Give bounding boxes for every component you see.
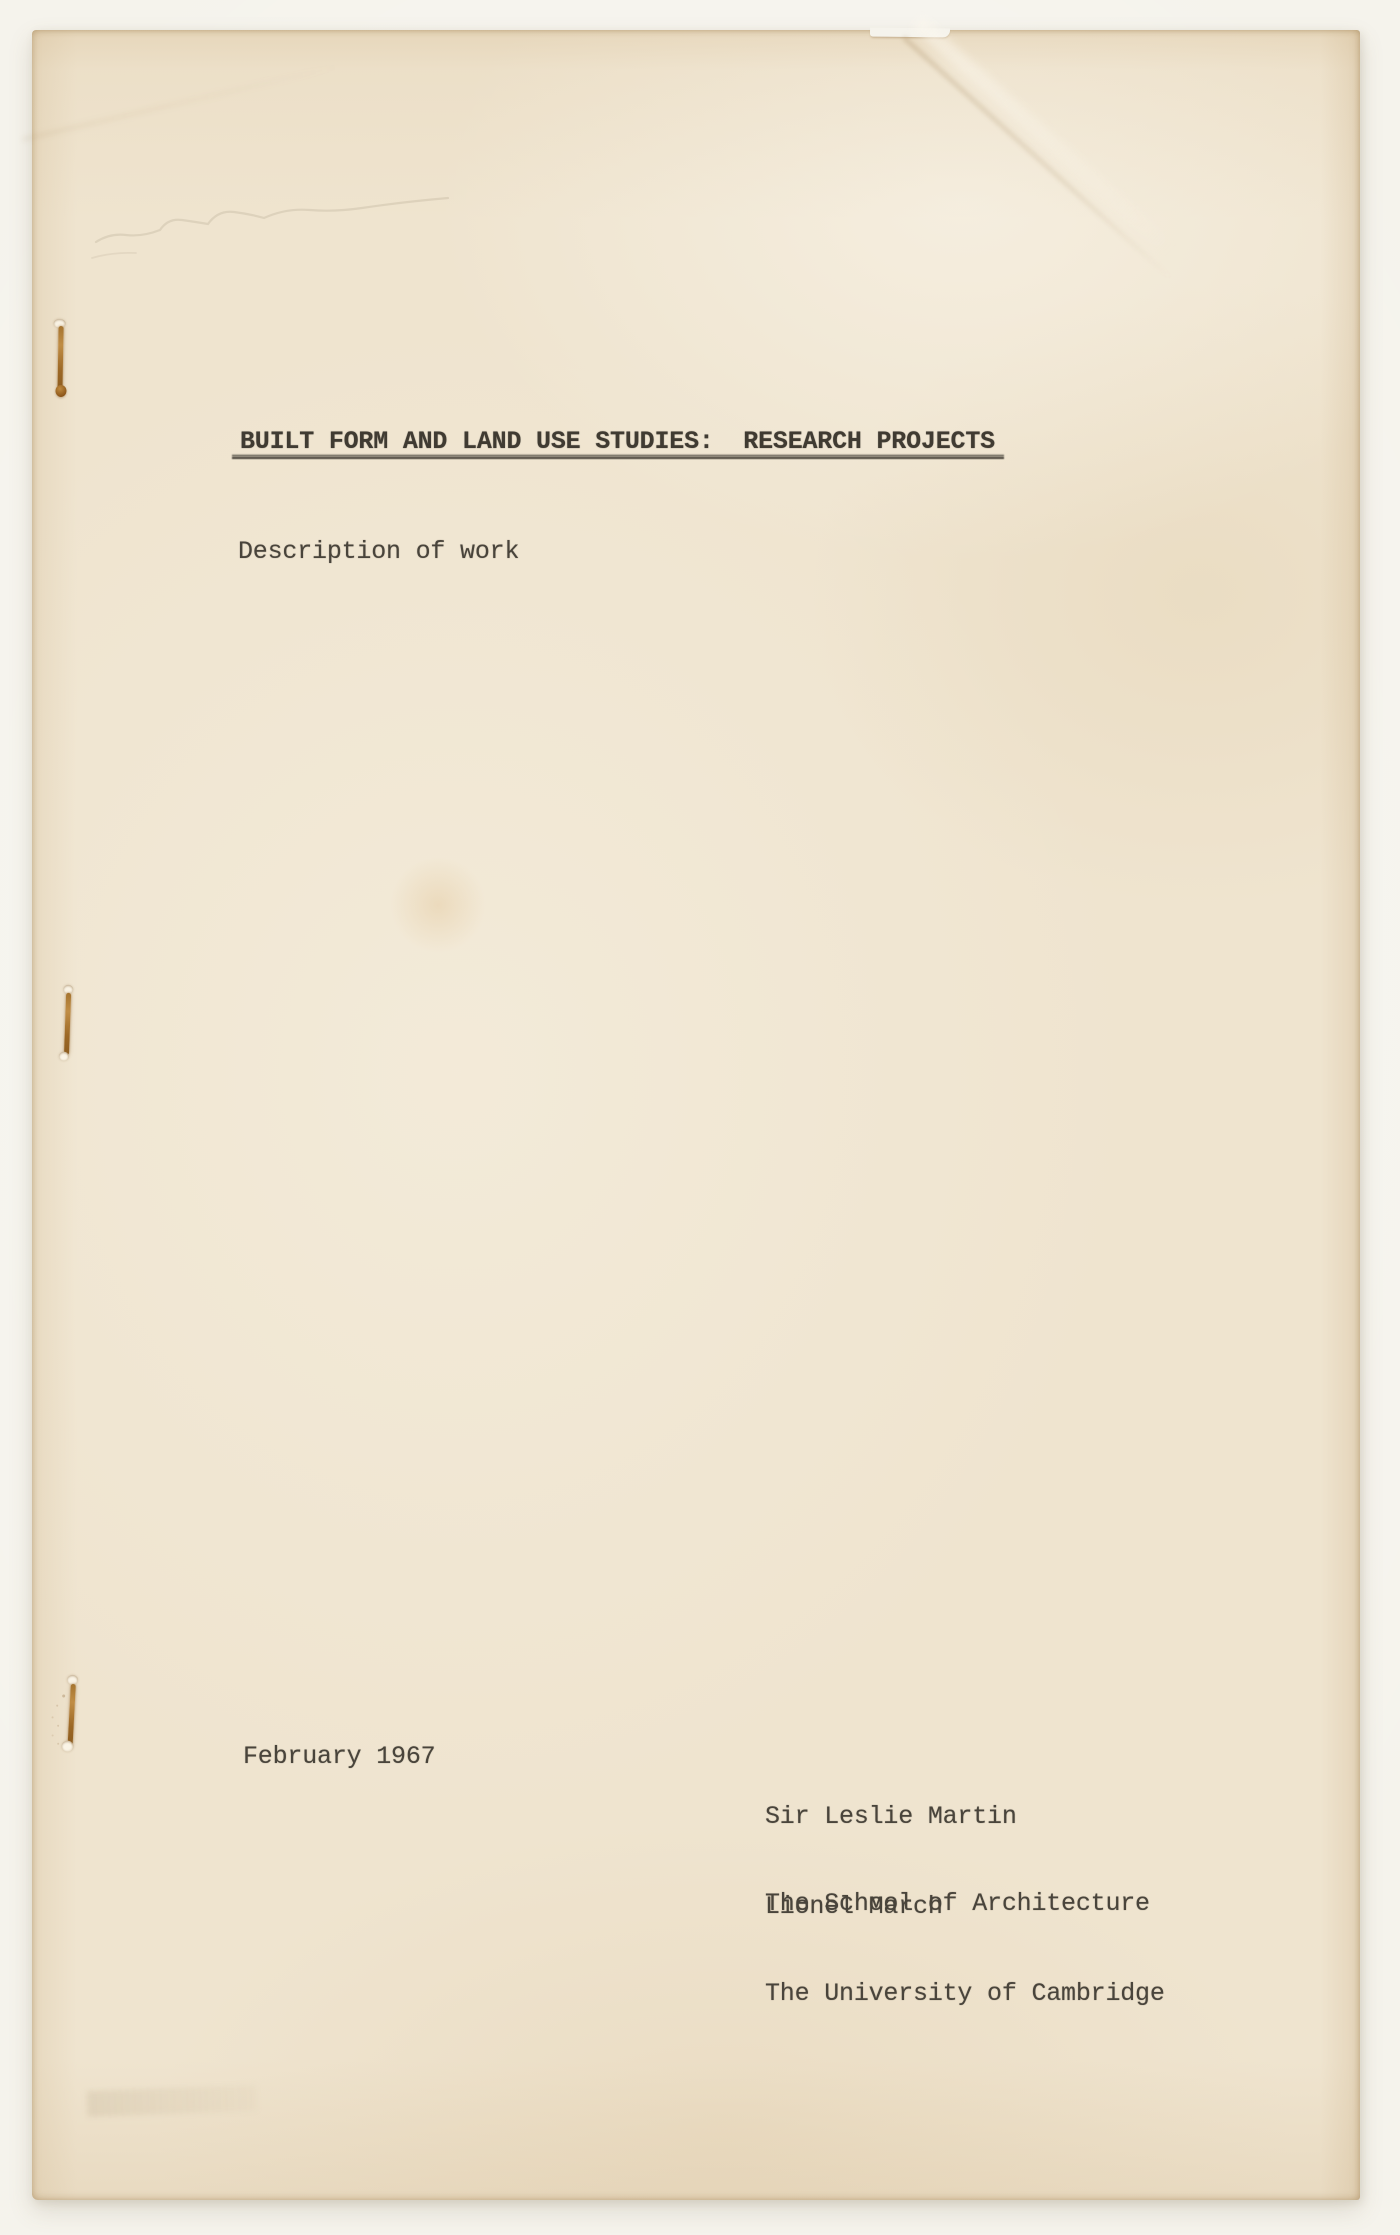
institution-line: The School of Architecture — [765, 1889, 1165, 1919]
institution-block: The School of Architecture The Universit… — [765, 1829, 1165, 2069]
document-date: February 1967 — [243, 1742, 435, 1772]
top-left-crease — [22, 64, 344, 141]
staple-hole — [61, 1740, 74, 1752]
staple-bottom — [59, 1672, 88, 1765]
corner-fold-highlight — [912, 16, 1175, 255]
corner-fold-crease — [902, 36, 1172, 280]
institution-line: The University of Cambridge — [765, 1979, 1165, 2009]
bottom-smudge — [87, 2085, 258, 2117]
pencil-scribble — [82, 180, 512, 270]
rust-specks — [62, 1694, 65, 1697]
staple-middle — [56, 980, 83, 1073]
document-subtitle: Description of work — [238, 537, 519, 567]
scan-background: BUILT FORM AND LAND USE STUDIES: RESEARC… — [0, 0, 1400, 2235]
staple-hole — [59, 1052, 69, 1061]
staple-top — [51, 315, 77, 407]
staple-stem — [68, 1684, 76, 1745]
title-underline — [232, 454, 1004, 459]
paper-fold-notch — [870, 28, 950, 38]
document-page: BUILT FORM AND LAND USE STUDIES: RESEARC… — [32, 30, 1360, 2200]
staple-stem — [57, 326, 63, 390]
document-title: BUILT FORM AND LAND USE STUDIES: RESEARC… — [240, 427, 995, 457]
author-line: Sir Leslie Martin — [765, 1802, 1017, 1832]
staple-head — [55, 385, 66, 397]
staple-stem — [64, 993, 71, 1055]
